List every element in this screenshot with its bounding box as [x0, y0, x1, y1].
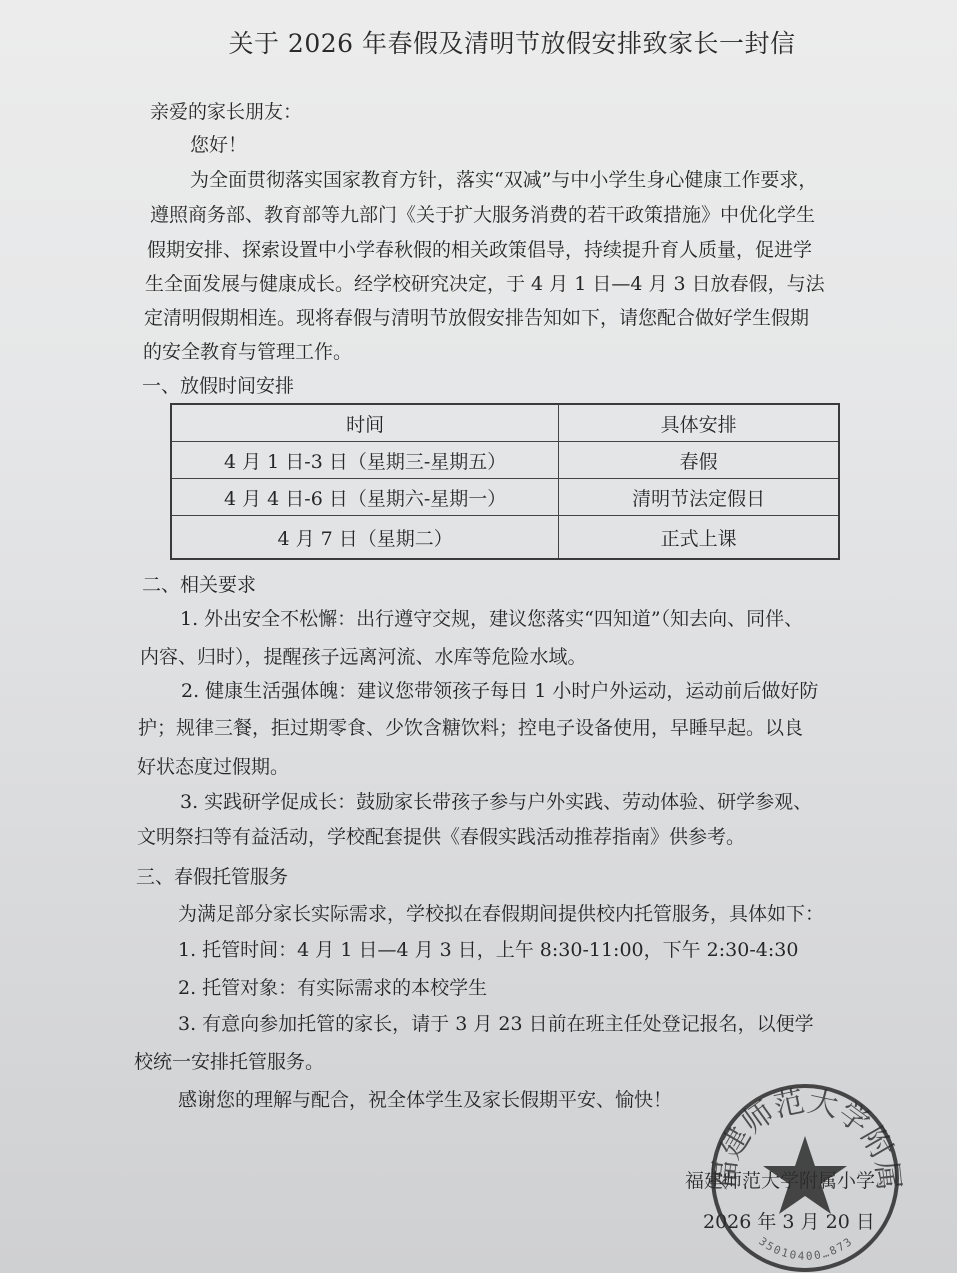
table-header-time: 时间 [171, 404, 559, 442]
section-heading-requirements: 二、相关要求 [142, 573, 256, 597]
intro-line: 定清明假期相连。现将春假与清明节放假安排告知如下，请您配合做好学生假期 [144, 306, 809, 330]
intro-line: 为全面贯彻落实国家教育方针，落实“双减”与中小学生身心健康工作要求， [190, 168, 817, 192]
intro-line: 假期安排、探索设置中小学春秋假的相关政策倡导，持续提升育人质量，促进学 [147, 238, 812, 262]
childcare-line: 为满足部分家长实际需求，学校拟在春假期间提供校内托管服务，具体如下： [178, 902, 824, 926]
intro-line: 生全面发展与健康成长。经学校研究决定，于 4 月 1 日—4 月 3 日放春假，… [145, 272, 825, 296]
svg-text:35010400…873: 35010400…873 [756, 1234, 855, 1263]
requirement-line: 护；规律三餐，拒过期零食、少饮含糖饮料；控电子设备使用，早睡早起。以良 [138, 716, 803, 740]
intro-line: 遵照商务部、教育部等九部门《关于扩大服务消费的若干政策措施》中优化学生 [150, 203, 815, 227]
table-cell-time: 4 月 1 日-3 日（星期三-星期五） [171, 442, 559, 479]
requirement-line: 2. 健康生活强体魄：建议您带领孩子每日 1 小时户外运动，运动前后做好防 [181, 679, 818, 703]
table-row: 4 月 1 日-3 日（星期三-星期五） 春假 [171, 442, 839, 479]
letter-page: 关于 2026 年春假及清明节放假安排致家长一封信 亲爱的家长朋友： 您好！ 为… [0, 0, 957, 1273]
school-seal-stamp: 福建师范大学附属小学 35010400…873 [705, 1078, 905, 1273]
childcare-line: 2. 托管对象：有实际需求的本校学生 [178, 976, 487, 1000]
table-cell-plan: 清明节法定假日 [559, 479, 839, 516]
childcare-line: 校统一安排托管服务。 [134, 1050, 324, 1074]
table-cell-plan: 正式上课 [559, 516, 839, 560]
childcare-line: 3. 有意向参加托管的家长，请于 3 月 23 日前在班主任处登记报名，以便学 [178, 1012, 814, 1036]
document-title: 关于 2026 年春假及清明节放假安排致家长一封信 [0, 24, 957, 60]
greeting: 您好！ [190, 133, 247, 157]
star-icon [763, 1136, 847, 1214]
requirement-line: 内容、归时），提醒孩子远离河流、水库等危险水域。 [140, 645, 587, 669]
childcare-line: 1. 托管时间：4 月 1 日—4 月 3 日，上午 8:30-11:00，下午… [178, 938, 798, 962]
salutation: 亲爱的家长朋友： [150, 100, 302, 124]
table-row: 4 月 4 日-6 日（星期六-星期一） 清明节法定假日 [171, 479, 839, 516]
section-heading-childcare: 三、春假托管服务 [136, 865, 288, 889]
table-header-row: 时间 具体安排 [171, 404, 839, 442]
holiday-schedule-table: 时间 具体安排 4 月 1 日-3 日（星期三-星期五） 春假 4 月 4 日-… [170, 403, 840, 560]
section-heading-schedule: 一、放假时间安排 [142, 374, 294, 398]
closing-remark: 感谢您的理解与配合，祝全体学生及家长假期平安、愉快！ [178, 1088, 672, 1112]
requirement-line: 好状态度过假期。 [137, 755, 289, 779]
table-header-plan: 具体安排 [559, 404, 839, 442]
requirement-line: 文明祭扫等有益活动，学校配套提供《春假实践活动推荐指南》供参考。 [137, 825, 745, 849]
requirement-line: 3. 实践研学促成长：鼓励家长带孩子参与户外实践、劳动体验、研学参观、 [180, 790, 812, 814]
seal-icon: 福建师范大学附属小学 35010400…873 [705, 1078, 905, 1273]
table-cell-time: 4 月 7 日（星期二） [171, 516, 559, 560]
table-row: 4 月 7 日（星期二） 正式上课 [171, 516, 839, 560]
table-cell-time: 4 月 4 日-6 日（星期六-星期一） [171, 479, 559, 516]
requirement-line: 1. 外出安全不松懈：出行遵守交规，建议您落实“四知道”（知去向、同伴、 [180, 607, 803, 631]
intro-line: 的安全教育与管理工作。 [143, 340, 352, 364]
table-cell-plan: 春假 [559, 442, 839, 479]
